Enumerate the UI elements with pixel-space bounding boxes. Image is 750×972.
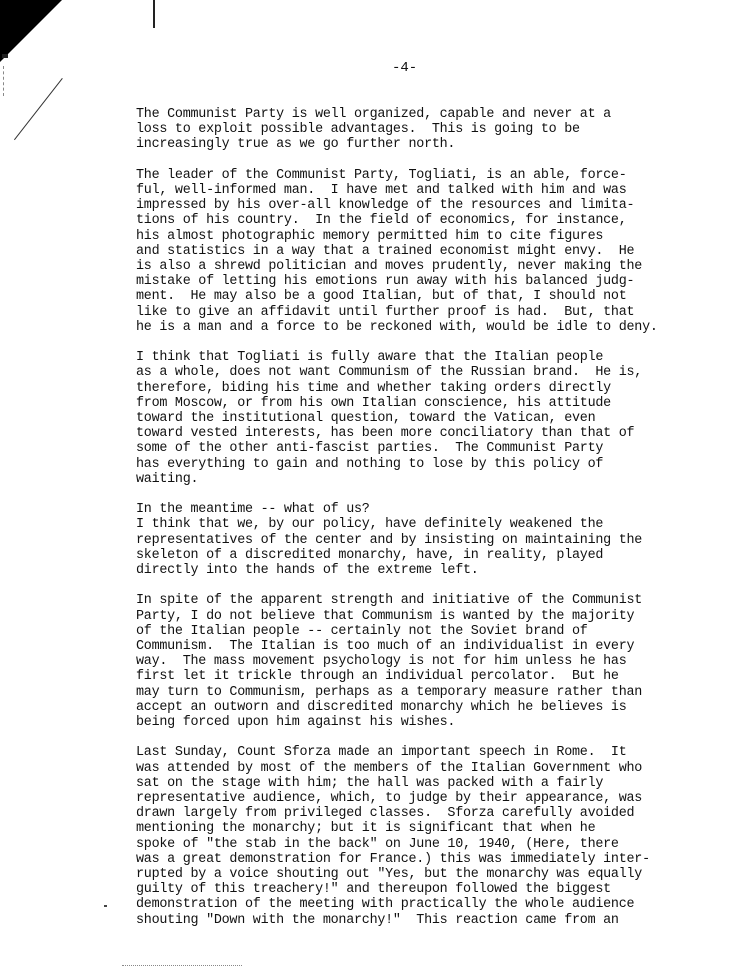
- text-line: ful, well-informed man. I have met and t…: [136, 183, 736, 198]
- text-line: like to give an affidavit until further …: [136, 305, 736, 320]
- paragraph-2: The leader of the Communist Party, Togli…: [136, 168, 736, 335]
- folded-corner-mark: [0, 0, 62, 62]
- text-line: has everything to gain and nothing to lo…: [136, 457, 736, 472]
- text-line: accept an outworn and discredited monarc…: [136, 700, 736, 715]
- paragraph-3: I think that Togliati is fully aware tha…: [136, 350, 736, 487]
- text-line: The leader of the Communist Party, Togli…: [136, 168, 736, 183]
- text-line: increasingly true as we go further north…: [136, 137, 736, 152]
- text-line: The Communist Party is well organized, c…: [136, 107, 736, 122]
- text-line: Last Sunday, Count Sforza made an import…: [136, 745, 736, 760]
- paragraph-4: In the meantime -- what of us? I think t…: [136, 502, 736, 578]
- text-line: was attended by most of the members of t…: [136, 761, 736, 776]
- text-line: of the Italian people -- certainly not t…: [136, 624, 736, 639]
- text-line: he is a man and a force to be reckoned w…: [136, 320, 736, 335]
- text-line: first let it trickle through an individu…: [136, 669, 736, 684]
- text-line: sat on the stage with him; the hall was …: [136, 776, 736, 791]
- text-line: tions of his country. In the field of ec…: [136, 213, 736, 228]
- text-line: rupted by a voice shouting out "Yes, but…: [136, 867, 736, 882]
- text-line: In spite of the apparent strength and in…: [136, 593, 736, 608]
- text-line: impressed by his over-all knowledge of t…: [136, 198, 736, 213]
- margin-dashes: [3, 66, 5, 96]
- text-line: mentioning the monarchy; but it is signi…: [136, 821, 736, 836]
- page-number: -4-: [392, 60, 417, 76]
- text-line: spoke of "the stab in the back" on June …: [136, 837, 736, 852]
- margin-mark: [2, 54, 8, 58]
- text-line: was a great demonstration for France.) t…: [136, 852, 736, 867]
- text-line: directly into the hands of the extreme l…: [136, 563, 736, 578]
- text-line: therefore, biding his time and whether t…: [136, 381, 736, 396]
- text-line: may turn to Communism, perhaps as a temp…: [136, 685, 736, 700]
- margin-speck: [104, 905, 107, 907]
- text-line: mistake of letting his emotions run away…: [136, 274, 736, 289]
- text-line: being forced upon him against his wishes…: [136, 715, 736, 730]
- paragraph-6: Last Sunday, Count Sforza made an import…: [136, 745, 736, 927]
- text-line: toward vested interests, has been more c…: [136, 426, 736, 441]
- scan-specks: [122, 965, 242, 968]
- text-line: is also a shrewd politician and moves pr…: [136, 259, 736, 274]
- paragraph-5: In spite of the apparent strength and in…: [136, 593, 736, 730]
- document-body: The Communist Party is well organized, c…: [136, 107, 736, 943]
- text-line: ment. He may also be a good Italian, but…: [136, 289, 736, 304]
- fold-line: [14, 78, 63, 140]
- text-line: skeleton of a discredited monarchy, have…: [136, 548, 736, 563]
- text-line: drawn largely from privileged classes. S…: [136, 806, 736, 821]
- text-line: as a whole, does not want Communism of t…: [136, 365, 736, 380]
- text-line: Communism. The Italian is too much of an…: [136, 639, 736, 654]
- text-line: guilty of this treachery!" and thereupon…: [136, 882, 736, 897]
- text-line: way. The mass movement psychology is not…: [136, 654, 736, 669]
- text-line: some of the other anti-fascist parties. …: [136, 441, 736, 456]
- text-line: toward the institutional question, towar…: [136, 411, 736, 426]
- paragraph-1: The Communist Party is well organized, c…: [136, 107, 736, 153]
- text-line: from Moscow, or from his own Italian con…: [136, 396, 736, 411]
- text-line: representatives of the center and by ins…: [136, 533, 736, 548]
- text-line: shouting "Down with the monarchy!" This …: [136, 913, 736, 928]
- text-line: loss to exploit possible advantages. Thi…: [136, 122, 736, 137]
- text-line: demonstration of the meeting with practi…: [136, 897, 736, 912]
- document-page: -4- The Communist Party is well organize…: [0, 0, 750, 972]
- text-line: I think that Togliati is fully aware tha…: [136, 350, 736, 365]
- staple-mark: [153, 0, 155, 28]
- text-line: Party, I do not believe that Communism i…: [136, 609, 736, 624]
- text-line: I think that we, by our policy, have def…: [136, 517, 736, 532]
- text-line: In the meantime -- what of us?: [136, 502, 736, 517]
- text-line: his almost photographic memory permitted…: [136, 229, 736, 244]
- text-line: and statistics in a way that a trained e…: [136, 244, 736, 259]
- text-line: waiting.: [136, 472, 736, 487]
- text-line: representative audience, which, to judge…: [136, 791, 736, 806]
